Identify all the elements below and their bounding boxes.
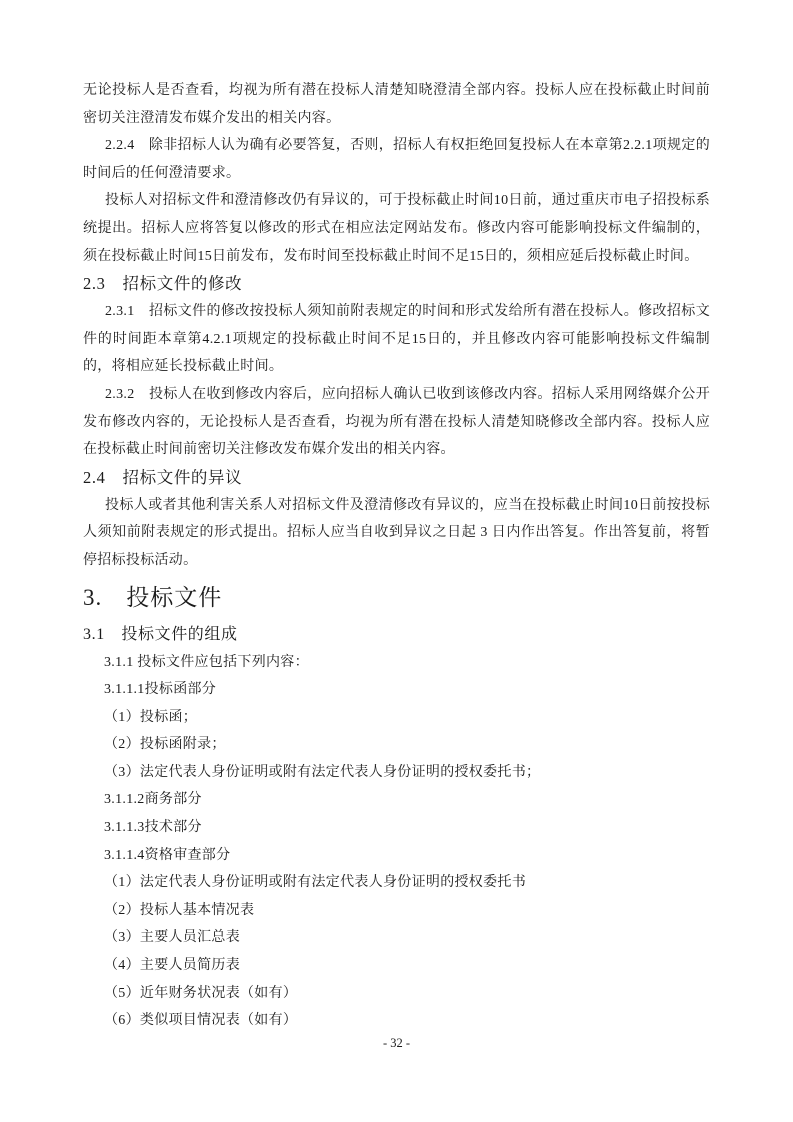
list-item-bid-letter-appendix: （2）投标函附录； — [104, 731, 710, 759]
list-item-3-1-1-4: 3.1.1.4资格审查部分 — [104, 842, 710, 870]
section-heading-2-3: 2.3 招标文件的修改 — [83, 270, 710, 298]
list-item-key-personnel-summary: （3）主要人员汇总表 — [104, 924, 710, 952]
list-item-3-1-1: 3.1.1 投标文件应包括下列内容： — [104, 649, 710, 677]
paragraph-2-2-4: 2.2.4 除非招标人认为确有必要答复，否则，招标人有权拒绝回复投标人在本章第2… — [83, 132, 710, 187]
list-item-3-1-1-1: 3.1.1.1投标函部分 — [104, 676, 710, 704]
paragraph-appeal-clarification: 投标人对招标文件和澄清修改仍有异议的，可于投标截止时间10日前，通过重庆市电子招… — [83, 187, 710, 270]
paragraph-2-3-1: 2.3.1 招标文件的修改按投标人须知前附表规定的时间和形式发给所有潜在投标人。… — [83, 298, 710, 381]
page-number: - 32 - — [0, 1036, 793, 1051]
list-item-bid-letter: （1）投标函； — [104, 704, 710, 732]
list-item-3-1-1-3: 3.1.1.3技术部分 — [104, 814, 710, 842]
paragraph-2-3-2: 2.3.2 投标人在收到修改内容后，应向招标人确认已收到该修改内容。招标人采用网… — [83, 381, 710, 464]
section-heading-3-1: 3.1 投标文件的组成 — [83, 620, 710, 649]
chapter-heading-3: 3. 投标文件 — [83, 582, 710, 613]
section-heading-2-4: 2.4 招标文件的异议 — [83, 464, 710, 492]
list-item-financial-status: （5）近年财务状况表（如有） — [104, 980, 710, 1008]
list-item-legal-rep-cert-1: （3）法定代表人身份证明或附有法定代表人身份证明的授权委托书； — [104, 759, 710, 787]
list-item-bidder-basic-info: （2）投标人基本情况表 — [104, 897, 710, 925]
paragraph-continuation: 无论投标人是否查看，均视为所有潜在投标人清楚知晓澄清全部内容。投标人应在投标截止… — [83, 77, 710, 132]
list-item-similar-projects: （6）类似项目情况表（如有） — [104, 1007, 710, 1035]
document-page: 无论投标人是否查看，均视为所有潜在投标人清楚知晓澄清全部内容。投标人应在投标截止… — [0, 0, 793, 1122]
list-item-key-personnel-resume: （4）主要人员简历表 — [104, 952, 710, 980]
paragraph-objection: 投标人或者其他利害关系人对招标文件及澄清修改有异议的，应当在投标截止时间10日前… — [83, 492, 710, 575]
list-item-legal-rep-cert-2: （1）法定代表人身份证明或附有法定代表人身份证明的授权委托书 — [104, 869, 710, 897]
list-item-3-1-1-2: 3.1.1.2商务部分 — [104, 786, 710, 814]
